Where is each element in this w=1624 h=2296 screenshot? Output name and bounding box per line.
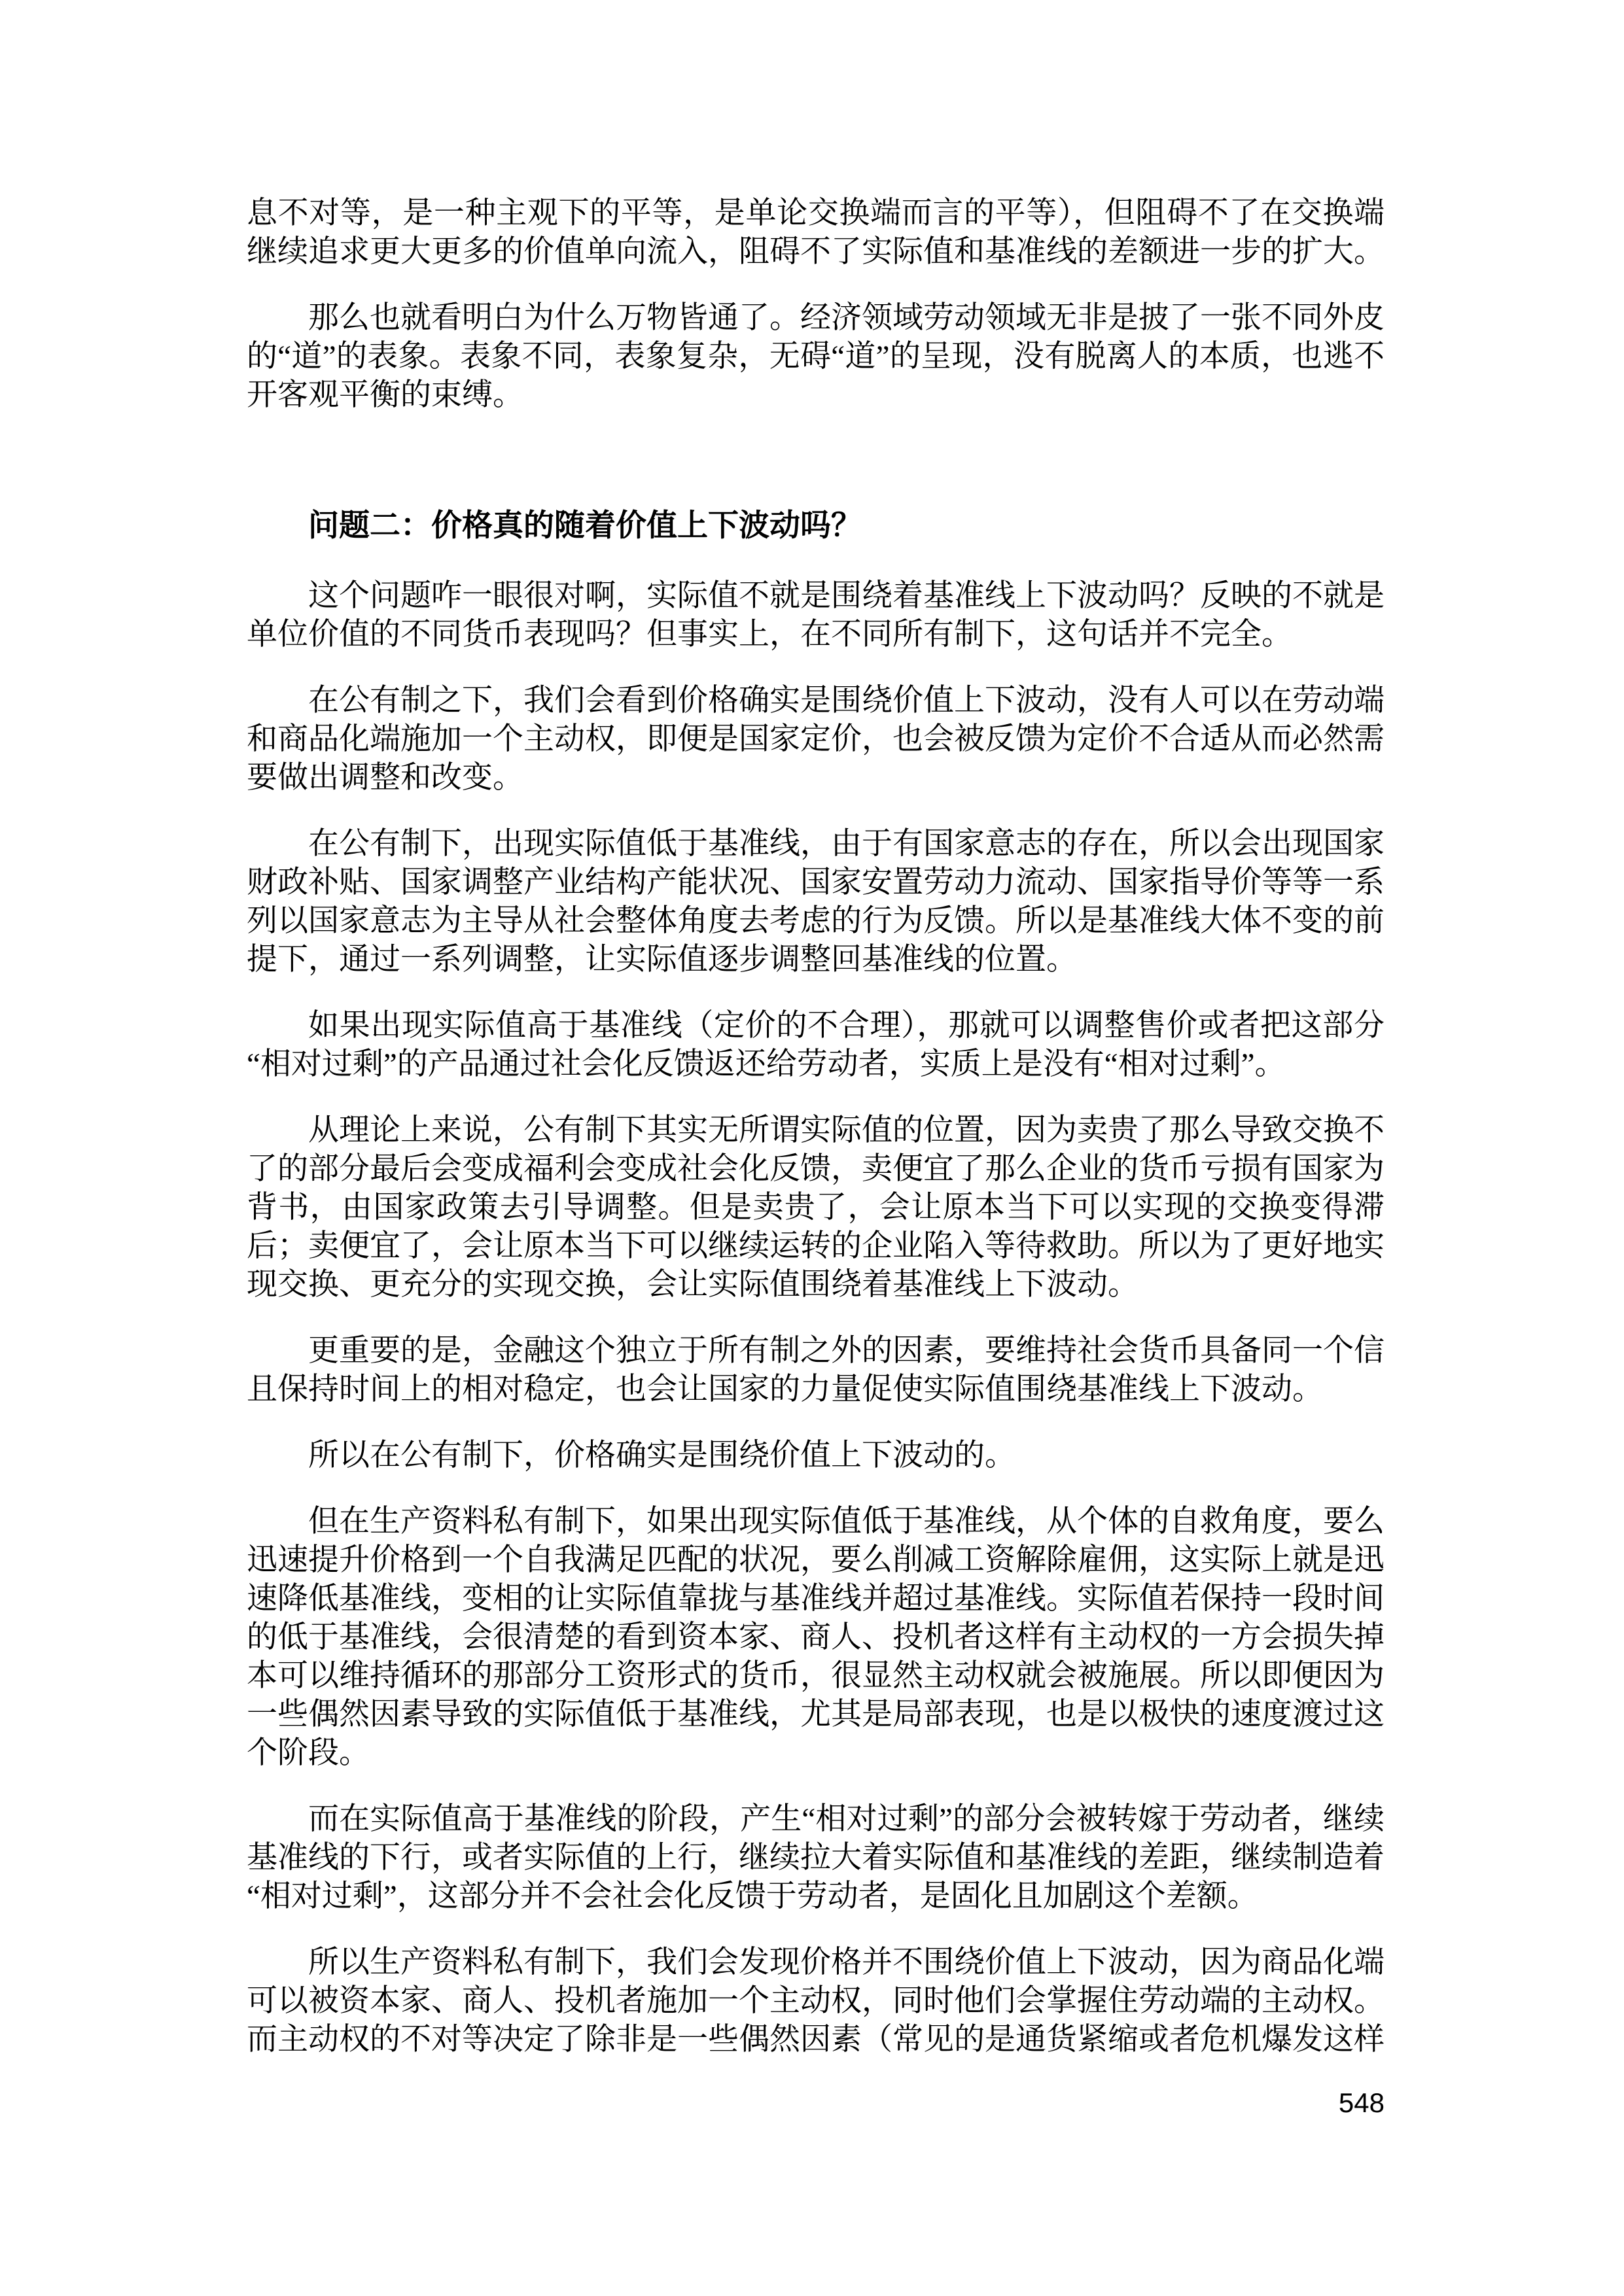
paragraph: 这个问题咋一眼很对啊，实际值不就是围绕着基准线上下波动吗？反映的不就是单位价值的… — [247, 577, 1385, 654]
paragraph: 更重要的是，金融这个独立于所有制之外的因素，要维持社会货币具备同一个信且保持时间… — [247, 1332, 1385, 1409]
paragraph-continuation: 息不对等，是一种主观下的平等，是单论交换端而言的平等），但阻碍不了在交换端继续追… — [247, 194, 1385, 271]
paragraph: 在公有制之下，我们会看到价格确实是围绕价值上下波动，没有人可以在劳动端和商品化端… — [247, 682, 1385, 797]
page-content: 息不对等，是一种主观下的平等，是单论交换端而言的平等），但阻碍不了在交换端继续追… — [247, 194, 1385, 2087]
paragraph: 所以生产资料私有制下，我们会发现价格并不围绕价值上下波动，因为商品化端可以被资本… — [247, 1943, 1385, 2059]
paragraph: 从理论上来说，公有制下其实无所谓实际值的位置，因为卖贵了那么导致交换不了的部分最… — [247, 1111, 1385, 1304]
paragraph: 而在实际值高于基准线的阶段，产生“相对过剩”的部分会被转嫁于劳动者，继续基准线的… — [247, 1800, 1385, 1916]
paragraph: 那么也就看明白为什么万物皆通了。经济领域劳动领域无非是披了一张不同外皮的“道”的… — [247, 299, 1385, 415]
document-page: 息不对等，是一种主观下的平等，是单论交换端而言的平等），但阻碍不了在交换端继续追… — [0, 0, 1624, 2296]
paragraph: 如果出现实际值高于基准线（定价的不合理），那就可以调整售价或者把这部分“相对过剩… — [247, 1007, 1385, 1084]
paragraph: 所以在公有制下，价格确实是围绕价值上下波动的。 — [247, 1436, 1385, 1475]
page-number: 548 — [1339, 2089, 1385, 2117]
paragraph: 在公有制下，出现实际值低于基准线，由于有国家意志的存在，所以会出现国家财政补贴、… — [247, 825, 1385, 979]
section-heading: 问题二：价格真的随着价值上下波动吗？ — [247, 507, 1385, 546]
paragraph: 但在生产资料私有制下，如果出现实际值低于基准线，从个体的自救角度，要么迅速提升价… — [247, 1503, 1385, 1773]
